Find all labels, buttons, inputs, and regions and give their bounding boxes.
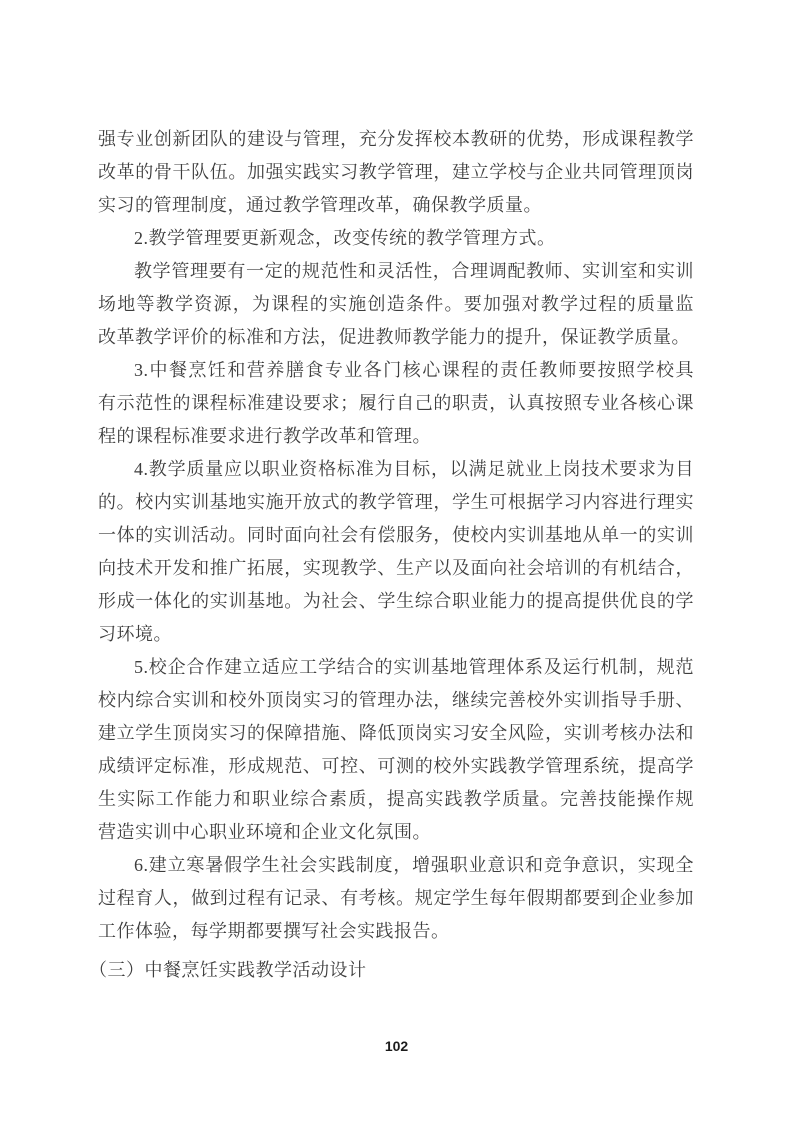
text-line: 有示范性的课程标准建设要求；履行自己的职责，认真按照专业各核心课: [98, 387, 694, 420]
paragraph: 强专业创新团队的建设与管理，充分发挥校本教研的优势，形成课程教学改革的骨干队伍。…: [98, 123, 694, 222]
section-heading: （三）中餐烹饪实践教学活动设计: [89, 954, 694, 987]
text-line: 工作体验，每学期都要撰写社会实践报告。: [98, 915, 694, 948]
paragraph: 6.建立寒暑假学生社会实践制度，增强职业意识和竞争意识，实现全过程育人，做到过程…: [98, 849, 694, 948]
text-line: 一体的实训活动。同时面向社会有偿服务，使校内实训基地从单一的实训: [98, 519, 694, 552]
text-line: 5.校企合作建立适应工学结合的实训基地管理体系及运行机制，规范: [98, 651, 694, 684]
text-line: 4.教学质量应以职业资格标准为目标，以满足就业上岗技术要求为目: [98, 453, 694, 486]
text-line: 教学管理要有一定的规范性和灵活性，合理调配教师、实训室和实训: [98, 255, 694, 288]
text-line: 实习的管理制度，通过教学管理改革，确保教学质量。: [98, 189, 694, 222]
paragraph: 5.校企合作建立适应工学结合的实训基地管理体系及运行机制，规范校内综合实训和校外…: [98, 651, 694, 849]
text-line: 形成一体化的实训基地。为社会、学生综合职业能力的提高提供优良的学: [98, 585, 694, 618]
heading-text-line: （三）中餐烹饪实践教学活动设计: [89, 954, 694, 987]
text-line: 场地等教学资源，为课程的实施创造条件。要加强对教学过程的质量监控，: [98, 288, 694, 321]
paragraph: 3.中餐烹饪和营养膳食专业各门核心课程的责任教师要按照学校具有示范性的课程标准建…: [98, 354, 694, 453]
text-line: 向技术开发和推广拓展，实现教学、生产以及面向社会培训的有机结合，: [98, 552, 694, 585]
text-line: 生实际工作能力和职业综合素质，提高实践教学质量。完善技能操作规程，: [98, 783, 694, 816]
text-line: 过程育人，做到过程有记录、有考核。规定学生每年假期都要到企业参加: [98, 882, 694, 915]
document-page: 强专业创新团队的建设与管理，充分发挥校本教研的优势，形成课程教学改革的骨干队伍。…: [0, 0, 793, 1122]
text-line: 6.建立寒暑假学生社会实践制度，增强职业意识和竞争意识，实现全: [98, 849, 694, 882]
text-line: 建立学生顶岗实习的保障措施、降低顶岗实习安全风险，实训考核办法和: [98, 717, 694, 750]
page-footer: 102: [0, 1038, 793, 1056]
text-line: 的。校内实训基地实施开放式的教学管理，学生可根据学习内容进行理实: [98, 486, 694, 519]
page-number: 102: [385, 1038, 408, 1054]
text-line: 改革教学评价的标准和方法，促进教师教学能力的提升，保证教学质量。: [98, 321, 694, 354]
paragraph: 4.教学质量应以职业资格标准为目标，以满足就业上岗技术要求为目的。校内实训基地实…: [98, 453, 694, 651]
text-line: 营造实训中心职业环境和企业文化氛围。: [98, 816, 694, 849]
text-line: 校内综合实训和校外顶岗实习的管理办法，继续完善校外实训指导手册、: [98, 684, 694, 717]
paragraph: 2.教学管理要更新观念，改变传统的教学管理方式。: [98, 222, 694, 255]
text-line: 成绩评定标准，形成规范、可控、可测的校外实践教学管理系统，提高学: [98, 750, 694, 783]
text-line: 程的课程标准要求进行教学改革和管理。: [98, 420, 694, 453]
paragraph: 教学管理要有一定的规范性和灵活性，合理调配教师、实训室和实训场地等教学资源，为课…: [98, 255, 694, 354]
text-line: 强专业创新团队的建设与管理，充分发挥校本教研的优势，形成课程教学: [98, 123, 694, 156]
text-block: 强专业创新团队的建设与管理，充分发挥校本教研的优势，形成课程教学改革的骨干队伍。…: [98, 123, 694, 987]
text-line: 习环境。: [98, 618, 694, 651]
text-line: 改革的骨干队伍。加强实践实习教学管理，建立学校与企业共同管理顶岗: [98, 156, 694, 189]
text-line: 3.中餐烹饪和营养膳食专业各门核心课程的责任教师要按照学校具: [98, 354, 694, 387]
text-line: 2.教学管理要更新观念，改变传统的教学管理方式。: [98, 222, 694, 255]
